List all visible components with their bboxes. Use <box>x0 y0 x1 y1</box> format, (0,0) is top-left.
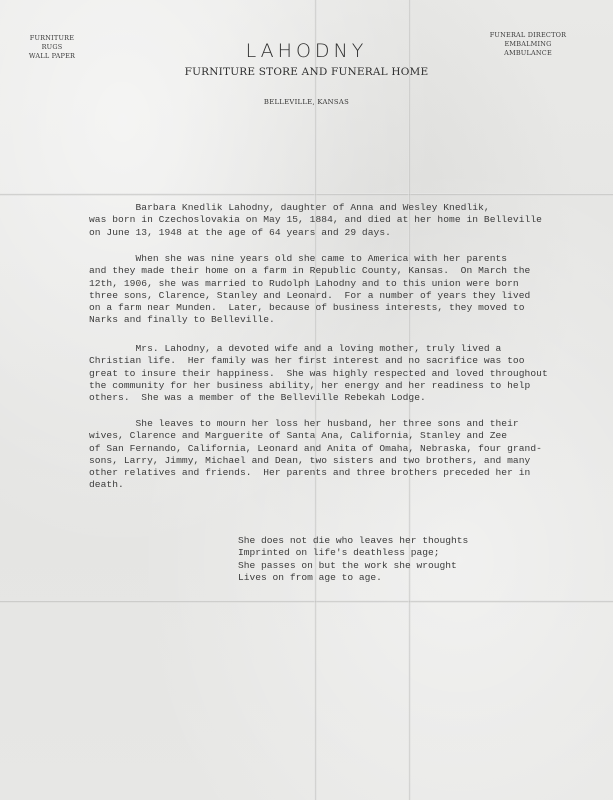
obituary-paragraph-character: Mrs. Lahodny, a devoted wife and a lovin… <box>89 343 569 404</box>
fold-crease <box>0 193 613 196</box>
service-embalming: EMBALMING <box>488 40 568 49</box>
obituary-paragraph-birth: Barbara Knedlik Lahodny, daughter of Ann… <box>89 202 569 239</box>
letterhead-subtitle: FURNITURE STORE AND FUNERAL HOME <box>0 66 613 78</box>
obituary-paragraph-survivors: She leaves to mourn her loss her husband… <box>89 418 569 492</box>
memorial-poem: She does not die who leaves her thoughts… <box>238 535 538 585</box>
letterhead-location: BELLEVILLE, KANSAS <box>0 98 613 106</box>
letterhead-right-services: FUNERAL DIRECTOR EMBALMING AMBULANCE <box>488 31 568 58</box>
service-funeral-director: FUNERAL DIRECTOR <box>488 31 568 40</box>
fold-crease <box>0 600 613 603</box>
service-ambulance: AMBULANCE <box>488 49 568 58</box>
obituary-paragraph-early-life: When she was nine years old she came to … <box>89 253 569 327</box>
